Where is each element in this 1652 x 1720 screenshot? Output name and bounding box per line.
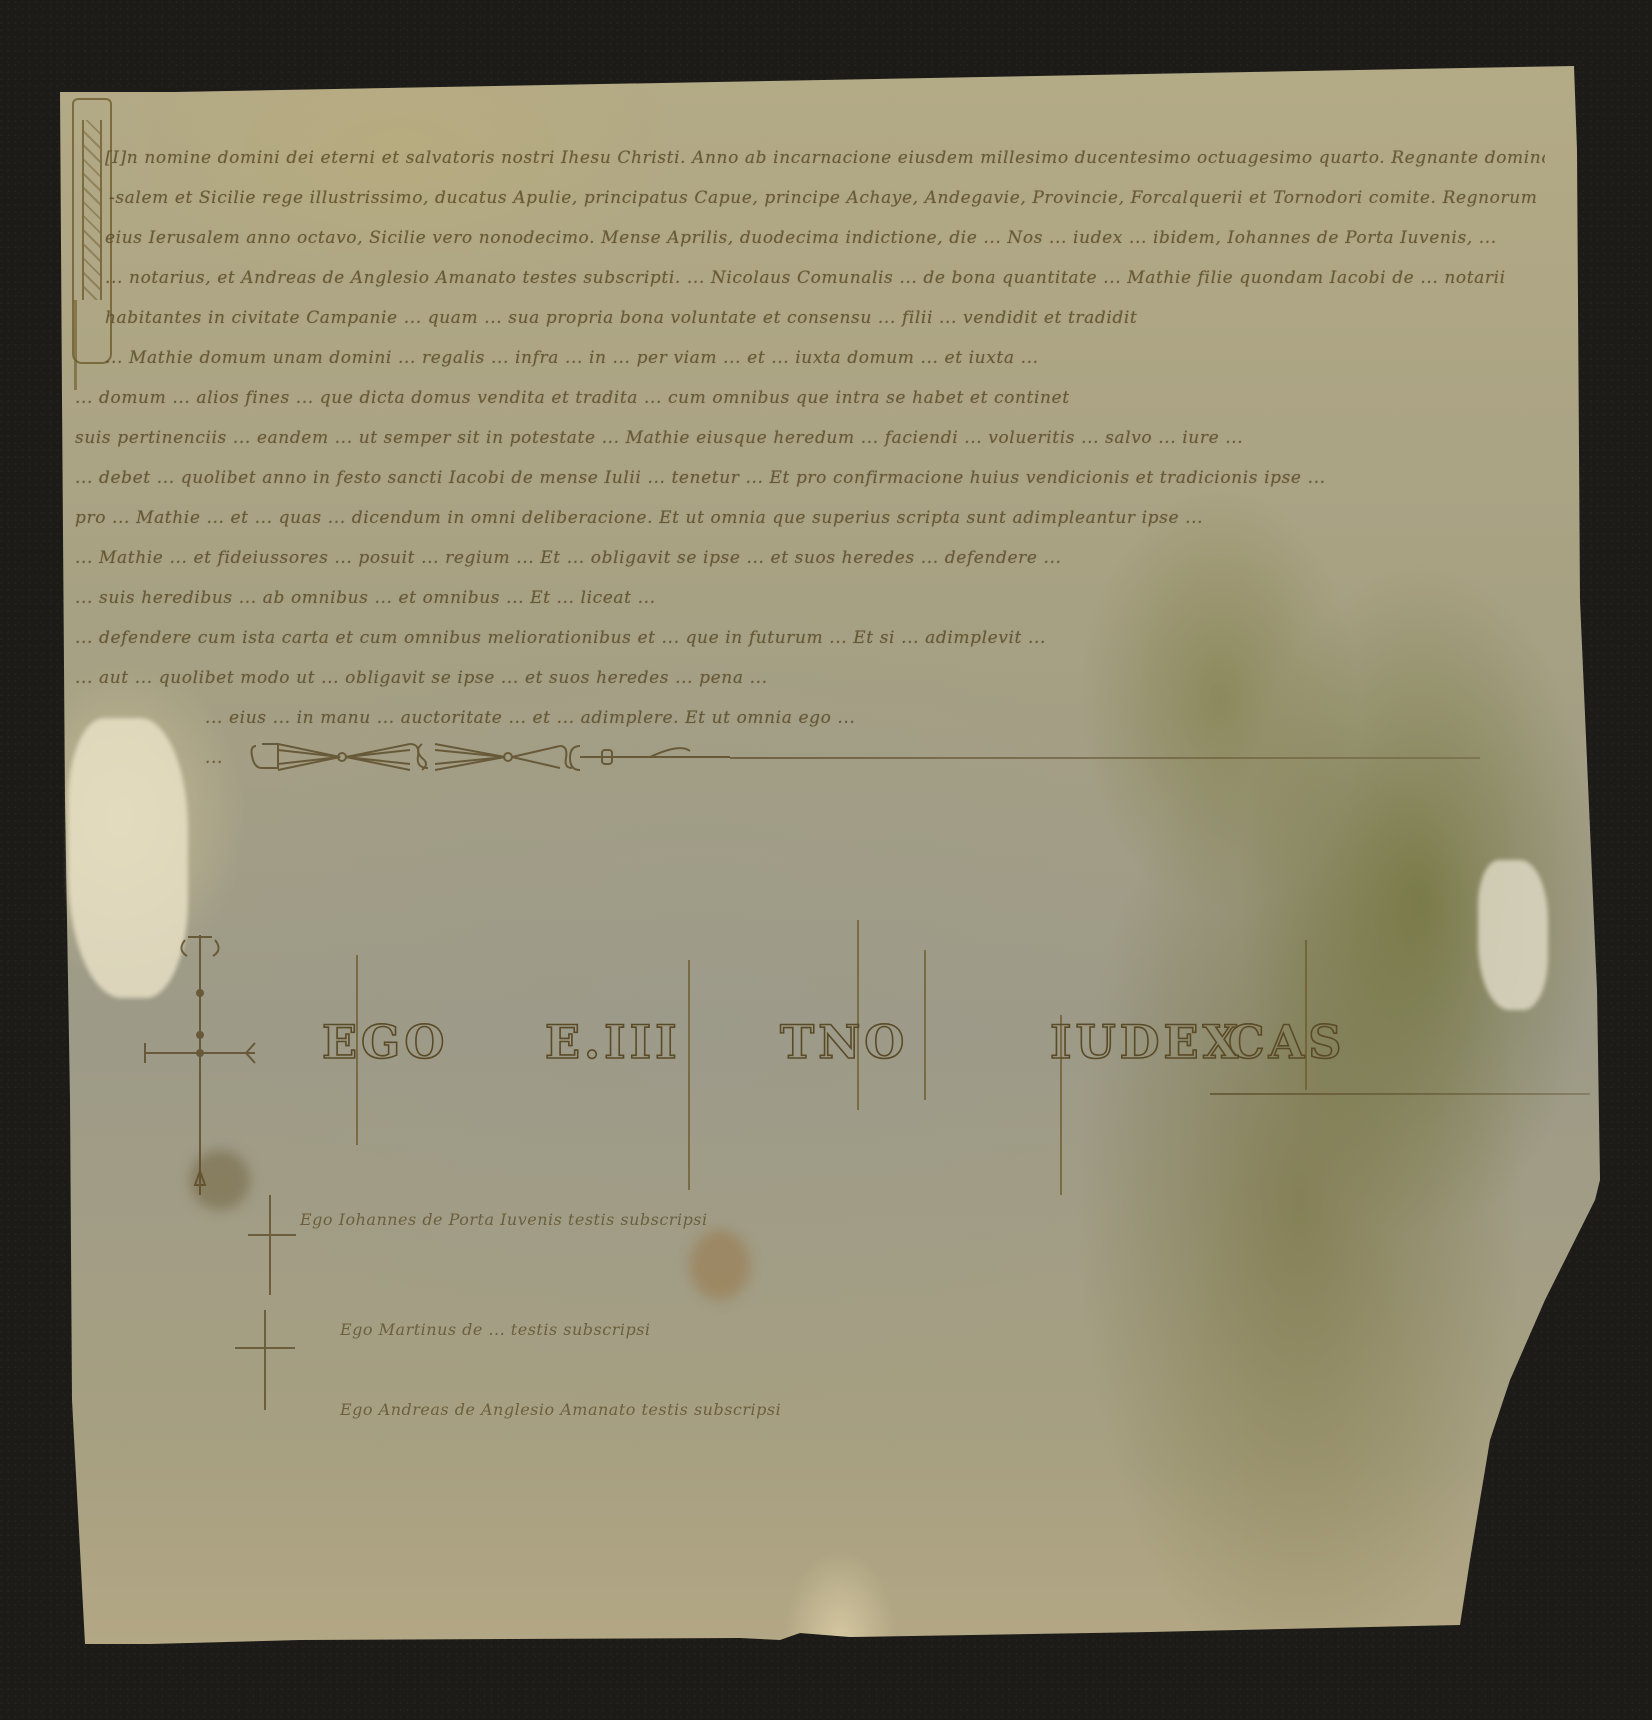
notarial-signum-cross (140, 935, 260, 1195)
signature-word-ego: EGO (322, 1015, 448, 1069)
signature-word-3: TNO (780, 1015, 908, 1069)
text-line: ... debet ... quolibet anno in festo san… (75, 468, 1545, 508)
text-line: ... Mathie domum unam domini ... regalis… (105, 348, 1545, 388)
signature-word-iudex: IUDEX (1050, 1015, 1242, 1069)
text-line: -salem et Sicilie rege illustrissimo, du… (105, 188, 1545, 228)
text-line: ... notarius, et Andreas de Anglesio Ama… (105, 268, 1545, 308)
text-line: ... domum ... alios fines ... que dicta … (75, 388, 1545, 428)
signature-stroke (1305, 940, 1307, 1090)
signature-underline (1210, 1093, 1590, 1095)
faded-patch-right (1478, 860, 1548, 1010)
signature-stroke (924, 950, 926, 1100)
text-line: suis pertinenciis ... eandem ... ut semp… (75, 428, 1545, 468)
text-line: ... Mathie ... et fideiussores ... posui… (75, 548, 1545, 588)
initial-tail-stroke (74, 300, 77, 390)
text-line: ... suis heredibus ... ab omnibus ... et… (75, 588, 1545, 628)
witness-cross-2 (230, 1310, 300, 1410)
text-line: eius Ierusalem anno octavo, Sicilie vero… (105, 228, 1545, 268)
text-line: habitantes in civitate Campanie ... quam… (105, 308, 1545, 348)
closing-rule-line (730, 757, 1480, 759)
text-line: [I]n nomine domini dei eterni et salvato… (105, 148, 1545, 188)
notarial-flourish (250, 740, 730, 774)
text-line: ... defendere cum ista carta et cum omni… (75, 628, 1545, 668)
signature-word-5: CAS (1228, 1015, 1346, 1069)
signature-stroke (688, 960, 690, 1190)
witness-line: Ego Andreas de Anglesio Amanato testis s… (340, 1400, 781, 1419)
witness-cross-1 (240, 1195, 300, 1295)
charter-body: [I]n nomine domini dei eterni et salvato… (105, 148, 1545, 788)
text-line: ... aut ... quolibet modo ut ... obligav… (75, 668, 1545, 708)
text-line: pro ... Mathie ... et ... quas ... dicen… (75, 508, 1545, 548)
witness-line: Ego Iohannes de Porta Iuvenis testis sub… (300, 1210, 708, 1229)
signature-word-2: E.III (545, 1015, 681, 1069)
witness-line: Ego Martinus de ... testis subscripsi (340, 1320, 651, 1339)
